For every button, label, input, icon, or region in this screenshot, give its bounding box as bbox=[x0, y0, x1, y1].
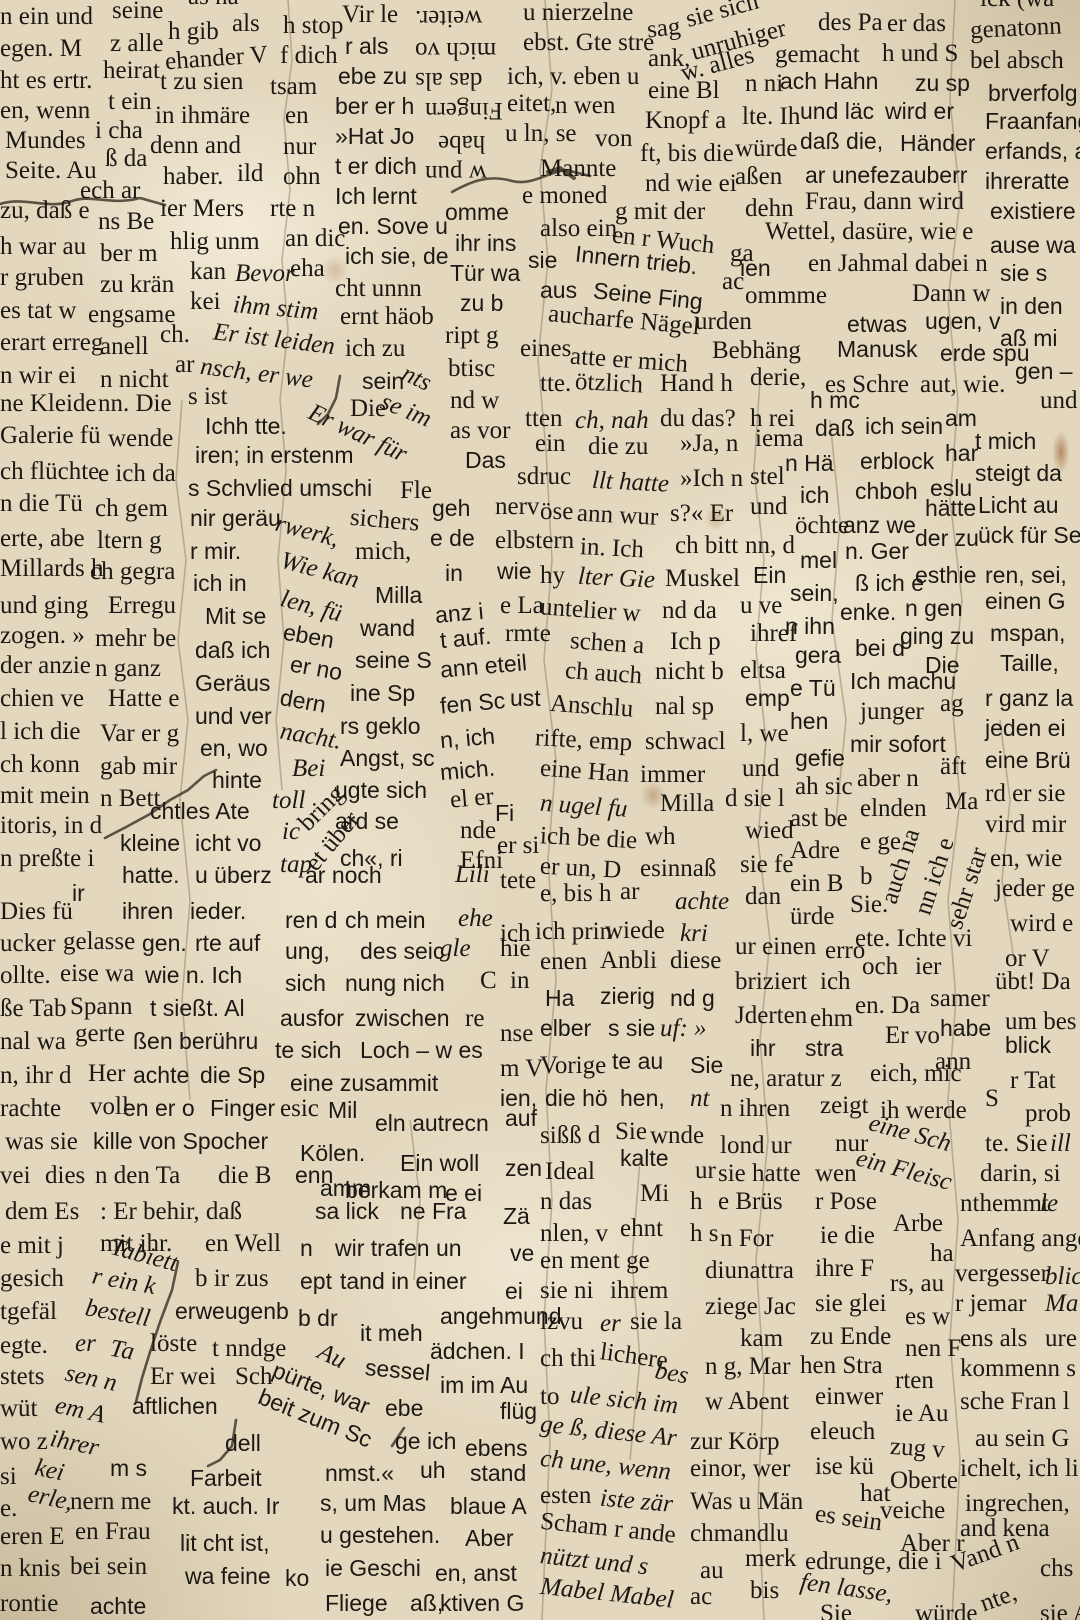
text-fragment: eine Bl bbox=[648, 78, 720, 103]
text-fragment: zu sp bbox=[915, 72, 970, 95]
text-fragment: gle bbox=[440, 936, 471, 961]
text-fragment: Dies fü bbox=[0, 899, 73, 924]
text-fragment: ausfor bbox=[280, 1007, 344, 1030]
text-fragment: Ichh tte. bbox=[205, 415, 287, 438]
text-fragment: ust bbox=[510, 687, 541, 710]
text-fragment: Adre bbox=[790, 838, 840, 863]
text-fragment: seine bbox=[112, 0, 163, 23]
text-fragment: Sie bbox=[820, 1601, 852, 1620]
text-fragment: hen, bbox=[620, 1087, 665, 1110]
text-fragment: lzvu bbox=[540, 1309, 583, 1334]
text-fragment: Anfang ange bbox=[960, 1226, 1080, 1251]
text-fragment: rontie bbox=[0, 1591, 58, 1616]
text-fragment: aber n bbox=[857, 766, 919, 791]
text-fragment: sie la bbox=[630, 1309, 682, 1334]
text-fragment: ete. Ichte vi bbox=[855, 926, 972, 951]
text-fragment: lond ur bbox=[720, 1133, 792, 1158]
text-fragment: ich bbox=[800, 484, 829, 507]
text-fragment: rte auf bbox=[195, 932, 260, 955]
text-fragment: »Hat Jo bbox=[335, 125, 414, 148]
text-fragment: n Hä bbox=[785, 452, 834, 475]
text-fragment: r Tat bbox=[1010, 1068, 1056, 1093]
text-fragment: ihref bbox=[750, 621, 797, 646]
text-fragment: ch. bbox=[160, 322, 190, 347]
text-fragment: au bbox=[700, 1558, 724, 1583]
text-fragment: esinnaß bbox=[640, 856, 716, 881]
text-fragment: nal sp bbox=[655, 694, 714, 719]
text-fragment: itoris, in d bbox=[0, 813, 102, 838]
text-fragment: sie hatte bbox=[718, 1161, 801, 1186]
text-fragment: von bbox=[595, 126, 633, 151]
text-fragment: och bbox=[862, 954, 898, 979]
text-fragment: Sie bbox=[615, 1119, 647, 1144]
text-fragment: uh bbox=[420, 1459, 446, 1482]
text-fragment: anfang bbox=[1020, 110, 1080, 133]
text-fragment: ne Kleide bbox=[0, 391, 96, 416]
text-fragment: nde bbox=[460, 818, 496, 843]
text-fragment: n ein und bbox=[0, 4, 93, 29]
text-fragment: ß ich e bbox=[855, 572, 924, 595]
text-fragment: ah sic bbox=[795, 774, 853, 799]
text-fragment: e mit j bbox=[0, 1233, 64, 1258]
text-fragment: ück für Se bbox=[978, 524, 1080, 547]
text-fragment: es w bbox=[905, 1304, 950, 1329]
text-fragment: ber m bbox=[100, 241, 158, 266]
text-fragment: wie bbox=[497, 560, 532, 583]
text-fragment: ihm stim bbox=[232, 292, 319, 324]
text-fragment: n For bbox=[720, 1226, 773, 1251]
text-fragment: sie bbox=[528, 249, 557, 272]
text-fragment: nur bbox=[283, 134, 316, 159]
text-fragment: samer bbox=[930, 986, 990, 1011]
text-fragment: übt! Da bbox=[995, 969, 1071, 994]
text-fragment: mir sofort bbox=[850, 733, 946, 756]
text-fragment: Ein woll bbox=[400, 1152, 479, 1175]
text-fragment: h war au bbox=[0, 234, 86, 259]
text-fragment: merk bbox=[745, 1546, 796, 1571]
text-fragment: ernt häob bbox=[340, 304, 434, 329]
text-fragment: Fle bbox=[400, 478, 432, 503]
text-fragment: ie die bbox=[820, 1223, 875, 1248]
text-fragment: n g, Mar bbox=[705, 1354, 790, 1379]
text-fragment: esic bbox=[280, 1096, 319, 1121]
text-fragment: zug v bbox=[889, 1434, 945, 1463]
text-fragment: d sie l bbox=[725, 786, 785, 811]
text-fragment: und läc bbox=[800, 100, 874, 123]
text-fragment: ein B bbox=[790, 871, 843, 896]
text-fragment: würde bbox=[735, 136, 797, 161]
text-fragment: Er wei bbox=[150, 1364, 216, 1389]
text-fragment: hie bbox=[500, 936, 531, 961]
text-fragment: daß bbox=[815, 417, 855, 440]
text-fragment: t auf. bbox=[439, 625, 492, 652]
text-fragment: mehr be bbox=[95, 626, 176, 651]
text-fragment: ich sein bbox=[865, 415, 943, 438]
text-fragment: f dich bbox=[280, 43, 338, 68]
text-fragment: Mabel Mabel bbox=[539, 1574, 675, 1613]
text-fragment: wh bbox=[645, 824, 676, 849]
text-fragment: ch mein bbox=[345, 909, 426, 932]
text-fragment: eln autrecn bbox=[375, 1112, 489, 1135]
text-fragment: nte, bbox=[977, 1580, 1020, 1616]
text-fragment: die hö bbox=[545, 1087, 608, 1110]
text-fragment: eltsa bbox=[740, 658, 786, 683]
text-fragment: en ment ge bbox=[540, 1248, 650, 1273]
text-fragment: e de bbox=[430, 527, 475, 550]
text-fragment: aßen bbox=[735, 164, 782, 189]
text-fragment: Fliege bbox=[325, 1592, 388, 1615]
text-fragment: n wir ei bbox=[0, 363, 76, 388]
text-fragment: rs geklo bbox=[340, 715, 421, 738]
text-fragment: chs bbox=[1040, 1556, 1073, 1581]
text-fragment: hlig unm bbox=[170, 229, 260, 254]
text-fragment: Hatte e bbox=[108, 686, 179, 711]
text-fragment: wird er bbox=[885, 100, 954, 123]
text-fragment: kommenn s bbox=[960, 1356, 1076, 1381]
text-fragment: steigt da bbox=[975, 462, 1062, 485]
text-fragment: esthie bbox=[915, 564, 976, 587]
text-fragment: Mundes bbox=[5, 128, 86, 153]
text-fragment: ause wa bbox=[990, 234, 1076, 257]
text-fragment: te sich bbox=[275, 1039, 341, 1062]
text-fragment: Mil bbox=[328, 1099, 357, 1122]
text-fragment: des seic bbox=[360, 940, 444, 963]
text-fragment: des Pa bbox=[818, 10, 883, 35]
text-fragment: bestell bbox=[83, 1295, 152, 1331]
text-fragment: Er ist leiden bbox=[212, 319, 336, 359]
text-fragment: ihre F bbox=[815, 1256, 874, 1281]
text-fragment: Jderten bbox=[735, 1003, 807, 1028]
text-fragment: h bbox=[690, 1189, 703, 1214]
text-fragment: ürde bbox=[790, 904, 834, 929]
text-fragment: ch une, wenn bbox=[539, 1446, 672, 1485]
text-fragment: erfands, a bbox=[985, 140, 1080, 163]
text-fragment: ebst. Gte stre bbox=[523, 30, 654, 55]
text-fragment: zierig bbox=[600, 985, 655, 1008]
text-fragment: n ugel fu bbox=[539, 791, 628, 822]
text-fragment: nlen, v bbox=[540, 1221, 608, 1246]
text-fragment: eine Han bbox=[539, 756, 630, 787]
text-fragment: lit cht ist, bbox=[180, 1532, 269, 1555]
text-fragment: Bei bbox=[292, 756, 325, 781]
text-fragment: rmte bbox=[505, 621, 551, 646]
text-fragment: die B bbox=[218, 1163, 271, 1188]
text-fragment: en er o bbox=[123, 1097, 195, 1120]
text-fragment: und bbox=[1040, 388, 1078, 413]
text-fragment: Spann bbox=[70, 994, 133, 1019]
text-fragment: Bevor bbox=[235, 261, 295, 286]
text-fragment: zu b bbox=[460, 292, 503, 315]
text-fragment: nacht. bbox=[278, 719, 343, 754]
text-fragment: ft, bis die bbox=[640, 141, 734, 166]
text-fragment: schwacl bbox=[645, 729, 726, 754]
text-fragment: Anbli bbox=[600, 948, 657, 973]
text-fragment: uf: » bbox=[660, 1016, 707, 1041]
text-fragment: habe bbox=[438, 131, 485, 156]
text-fragment: nicht b bbox=[655, 659, 724, 684]
text-fragment: stel bbox=[750, 464, 785, 489]
text-fragment: die zu bbox=[588, 434, 648, 459]
text-fragment: ihr ins bbox=[455, 232, 516, 255]
text-fragment: Milla bbox=[660, 791, 714, 816]
text-fragment: zogen. » bbox=[0, 623, 85, 648]
text-fragment: Taille, bbox=[1000, 652, 1059, 675]
text-fragment: Var er g bbox=[100, 721, 179, 746]
text-fragment: e Tü bbox=[790, 677, 836, 700]
text-fragment: chmandlu bbox=[690, 1521, 789, 1546]
text-fragment: ch gem bbox=[95, 496, 168, 521]
text-fragment: etwas bbox=[847, 313, 907, 336]
text-fragment: ar bbox=[175, 352, 194, 377]
text-fragment: nthemmt bbox=[960, 1191, 1049, 1216]
text-fragment: ihrer bbox=[48, 1426, 101, 1461]
text-fragment: jeder ge bbox=[995, 876, 1075, 901]
text-fragment: habe bbox=[940, 1017, 991, 1040]
text-fragment: eren E bbox=[0, 1524, 65, 1549]
text-fragment: junger bbox=[860, 699, 924, 724]
text-fragment: as na bbox=[188, 0, 239, 9]
text-fragment: ier bbox=[915, 954, 941, 979]
text-fragment: nn. Die bbox=[98, 391, 172, 416]
text-fragment: eha bbox=[290, 256, 325, 281]
text-fragment: nen F bbox=[905, 1336, 961, 1361]
text-fragment: heirat bbox=[103, 58, 160, 83]
text-fragment: ar bbox=[620, 879, 639, 904]
text-fragment: nd w bbox=[450, 388, 499, 413]
text-fragment: veiche bbox=[880, 1498, 945, 1523]
text-fragment: sißß d bbox=[540, 1123, 600, 1148]
text-fragment: Er vo bbox=[885, 1023, 940, 1048]
text-fragment: dan bbox=[745, 884, 781, 909]
text-fragment: ötzlich bbox=[574, 369, 643, 398]
text-fragment: Ich lernt bbox=[335, 185, 417, 208]
text-fragment: s, um Mas bbox=[320, 1492, 426, 1515]
text-fragment: dern bbox=[278, 686, 327, 717]
text-fragment: mich, bbox=[355, 539, 411, 564]
text-fragment: rten bbox=[895, 1368, 934, 1393]
text-fragment: Ein bbox=[753, 564, 786, 587]
text-fragment: löste bbox=[150, 1331, 197, 1356]
text-fragment: brverfolg bbox=[988, 82, 1077, 105]
text-fragment: ach Hahn bbox=[780, 70, 878, 93]
text-fragment: chien ve bbox=[0, 686, 84, 711]
text-fragment: nal wa bbox=[0, 1029, 66, 1054]
text-fragment: was sie bbox=[5, 1129, 78, 1154]
text-fragment: te. Sie bbox=[985, 1131, 1048, 1156]
text-fragment: Arbe bbox=[893, 1211, 943, 1236]
text-fragment: ge ich bbox=[395, 1430, 456, 1453]
text-fragment: immer bbox=[640, 762, 705, 787]
text-fragment: eleuch bbox=[810, 1419, 875, 1444]
text-fragment: blic bbox=[1045, 1264, 1080, 1289]
text-fragment: ns Be bbox=[98, 209, 154, 234]
text-fragment: en. Da bbox=[855, 993, 920, 1018]
text-fragment: n ihren bbox=[720, 1096, 790, 1121]
text-fragment: edrunge, die i bbox=[805, 1549, 942, 1574]
text-fragment: ie Geschi bbox=[325, 1557, 421, 1580]
text-fragment: öse bbox=[540, 499, 573, 524]
text-fragment: ihr bbox=[750, 1037, 776, 1060]
text-fragment: aftlichen bbox=[132, 1395, 218, 1418]
text-fragment: Manusk bbox=[837, 338, 918, 361]
text-fragment: urden bbox=[695, 309, 752, 334]
text-fragment: e La bbox=[500, 593, 544, 618]
text-fragment: er bbox=[75, 1331, 96, 1356]
text-fragment: ein bbox=[535, 431, 566, 456]
text-fragment: also ein bbox=[540, 216, 617, 241]
text-fragment: ich prin bbox=[535, 919, 612, 944]
text-fragment: existiere bbox=[990, 200, 1076, 223]
text-fragment: en Frau bbox=[75, 1519, 151, 1544]
text-fragment: gen. bbox=[142, 932, 187, 955]
text-fragment: e moned bbox=[522, 183, 607, 208]
torn-text-collage: n ein undseineas naVir leweiter.u nierze… bbox=[0, 0, 1080, 1620]
text-fragment: ko bbox=[285, 1567, 309, 1590]
text-fragment: s Schvlied umschi bbox=[188, 477, 372, 500]
text-fragment: kei bbox=[190, 289, 221, 314]
text-fragment: au sein G bbox=[975, 1426, 1069, 1451]
text-fragment: hinte bbox=[212, 769, 262, 792]
text-fragment: ugen, v bbox=[925, 310, 1000, 333]
text-fragment: wen bbox=[815, 1161, 857, 1186]
text-fragment: enke. bbox=[840, 601, 896, 624]
text-fragment: elnden bbox=[860, 796, 927, 821]
text-fragment: ren, sei, bbox=[985, 564, 1067, 587]
text-fragment: ule sich im bbox=[569, 1382, 679, 1418]
text-fragment: Angst, sc bbox=[340, 747, 435, 770]
text-fragment: w pun bbox=[425, 161, 487, 186]
text-fragment: und bbox=[742, 756, 780, 781]
text-fragment: nse bbox=[500, 1021, 533, 1046]
text-fragment: tete bbox=[500, 868, 536, 893]
text-fragment: »Ich n bbox=[680, 466, 743, 491]
text-fragment: Mannte bbox=[540, 156, 616, 181]
text-fragment: ier Mers bbox=[160, 196, 244, 221]
text-fragment: Sie. bbox=[850, 892, 888, 917]
text-fragment: ie Au bbox=[895, 1401, 948, 1426]
text-fragment: jeden ei bbox=[985, 717, 1066, 740]
text-fragment: wende bbox=[108, 426, 173, 451]
text-fragment: dem Es bbox=[5, 1199, 79, 1224]
text-fragment: z alle bbox=[110, 31, 163, 56]
text-fragment: und bbox=[750, 494, 788, 519]
text-fragment: nd wie ei bbox=[645, 171, 737, 196]
text-fragment: Wettel, dasüre, wie e bbox=[765, 219, 973, 244]
text-fragment: flüg bbox=[500, 1400, 537, 1423]
text-fragment: achte bbox=[133, 1064, 189, 1087]
text-fragment: u überz bbox=[195, 864, 272, 887]
text-fragment: ha bbox=[930, 1241, 954, 1266]
text-fragment: ur bbox=[695, 1158, 716, 1183]
text-fragment: n, ihr d bbox=[0, 1063, 72, 1088]
text-fragment: ich in bbox=[193, 572, 247, 595]
text-fragment: eben bbox=[281, 621, 335, 653]
text-fragment: Fra bbox=[985, 110, 1020, 133]
text-fragment: hätte bbox=[925, 497, 976, 520]
text-fragment: tten bbox=[525, 406, 563, 431]
text-fragment: nir geräu bbox=[190, 507, 281, 530]
text-fragment: wied bbox=[745, 818, 794, 843]
text-fragment: si bbox=[0, 1464, 17, 1489]
text-fragment: und ging bbox=[0, 593, 88, 618]
text-fragment: gesich bbox=[0, 1266, 64, 1291]
text-fragment: Geräus bbox=[195, 672, 270, 695]
text-fragment: eines bbox=[520, 336, 571, 361]
text-fragment: Lili bbox=[455, 862, 490, 887]
text-fragment: aus bbox=[540, 279, 577, 302]
text-fragment: ch konn bbox=[0, 752, 80, 777]
text-fragment: Galerie fü bbox=[0, 423, 101, 448]
text-fragment: er das bbox=[887, 11, 946, 36]
text-fragment: ens als bbox=[960, 1326, 1027, 1351]
text-fragment: nd g bbox=[670, 987, 715, 1010]
text-fragment: der zu bbox=[915, 527, 979, 550]
text-fragment: e Brüs bbox=[718, 1189, 783, 1214]
text-fragment: u ln, se bbox=[505, 121, 577, 146]
text-fragment: wand bbox=[360, 617, 415, 640]
text-fragment: sich bbox=[285, 972, 326, 995]
text-fragment: b bbox=[860, 864, 873, 889]
text-fragment: rte n bbox=[270, 196, 315, 221]
text-fragment: Ta bbox=[108, 1336, 136, 1365]
text-fragment: aut, wie. bbox=[920, 372, 1005, 397]
text-fragment: er bbox=[600, 1311, 621, 1336]
text-fragment: erblock bbox=[860, 450, 934, 473]
text-fragment: ar noch bbox=[305, 864, 382, 887]
text-fragment: Händer bbox=[900, 132, 975, 155]
text-fragment: r gruben bbox=[0, 265, 84, 290]
text-fragment: Hand h bbox=[660, 371, 733, 396]
text-fragment: Milla bbox=[375, 584, 422, 607]
text-fragment: ich zu bbox=[345, 336, 405, 361]
text-fragment: Au bbox=[314, 1339, 350, 1373]
text-fragment: kt. auch. Ir bbox=[172, 1495, 279, 1518]
text-fragment: anell bbox=[100, 334, 149, 359]
text-fragment: n ni bbox=[745, 71, 783, 96]
text-fragment: t sießt. Al bbox=[150, 997, 245, 1020]
text-fragment: erweugenb bbox=[175, 1300, 289, 1323]
text-fragment: denn and bbox=[150, 133, 241, 158]
text-fragment: ltern g bbox=[97, 528, 162, 553]
text-fragment: ch thi bbox=[540, 1346, 596, 1371]
text-fragment: tsam bbox=[270, 74, 317, 99]
text-fragment: ir bbox=[72, 882, 85, 905]
text-fragment: h mc bbox=[810, 389, 860, 412]
text-fragment: h und S bbox=[882, 41, 958, 66]
text-fragment: würde bbox=[915, 1601, 977, 1620]
text-fragment: en bbox=[285, 103, 309, 128]
text-fragment: der anzie bbox=[0, 653, 91, 678]
text-fragment: weiter. bbox=[415, 6, 482, 31]
text-fragment: ann eteil bbox=[439, 651, 528, 681]
text-fragment: n preßte i bbox=[0, 846, 94, 871]
text-fragment: ept bbox=[300, 1270, 332, 1293]
text-fragment: geh bbox=[432, 497, 470, 520]
text-fragment: C bbox=[480, 968, 497, 993]
text-fragment: n ganz bbox=[95, 656, 161, 681]
text-fragment: to bbox=[540, 1384, 559, 1409]
text-fragment: Vir le bbox=[342, 2, 398, 27]
text-fragment: um bes bbox=[1005, 1009, 1077, 1034]
text-fragment: en Jahmal dabei n bbox=[808, 251, 988, 276]
text-fragment: ur einen bbox=[735, 934, 816, 959]
text-fragment: Zä bbox=[503, 1205, 530, 1228]
text-fragment: untelier w bbox=[539, 594, 641, 626]
text-fragment: t ein bbox=[108, 89, 152, 114]
text-fragment: ch gegra bbox=[90, 559, 175, 584]
text-fragment: an dic bbox=[285, 226, 345, 251]
text-fragment: in den bbox=[1000, 295, 1063, 318]
